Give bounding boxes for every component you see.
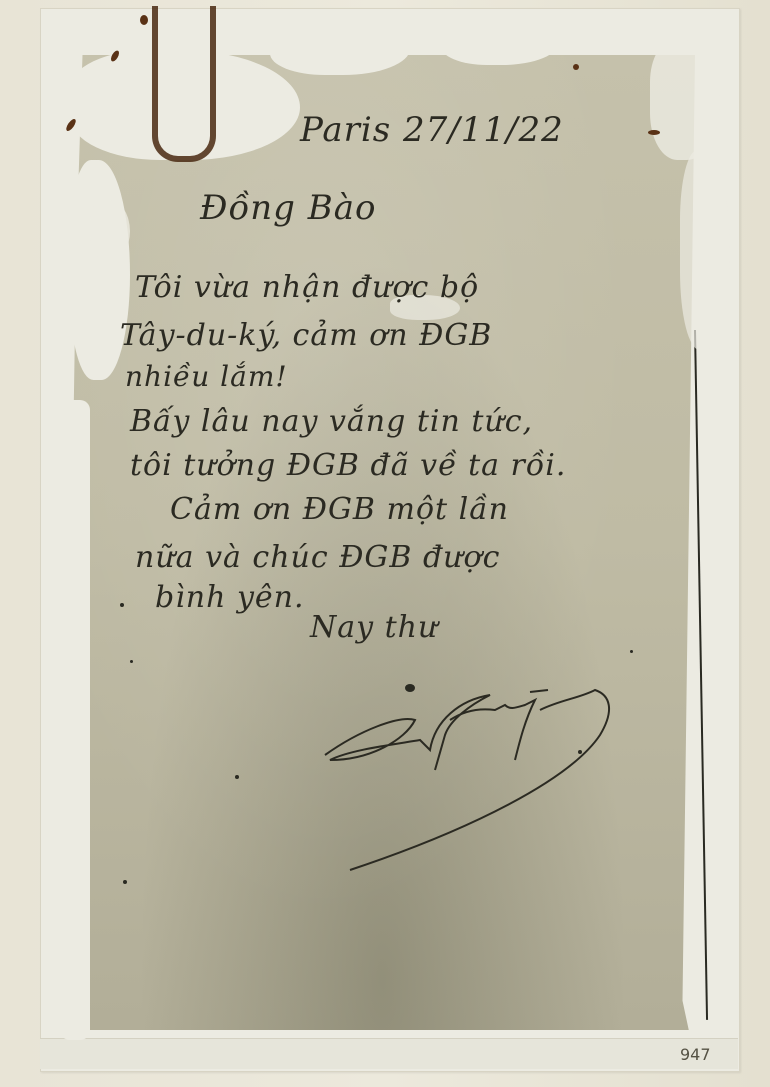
- body-line: Tôi vừa nhận được bộ: [135, 270, 479, 305]
- archive-number: 947: [680, 1045, 711, 1064]
- date-line: Paris 27/11/22: [300, 110, 564, 150]
- body-line: Tây-du-ký, cảm ơn ĐGB: [120, 318, 492, 353]
- body-line: Cảm ơn ĐGB một lần: [170, 492, 509, 527]
- body-line: Bấy lâu nay vắng tin tức,: [130, 404, 533, 439]
- body-line: nhiều lắm!: [125, 360, 288, 393]
- closing: Nay thư: [310, 610, 438, 645]
- letter-text: Paris 27/11/22 Đồng Bào Tôi vừa nhận đượ…: [0, 0, 770, 1087]
- body-line: bình yên.: [155, 580, 305, 615]
- body-line: nữa và chúc ĐGB được: [135, 540, 500, 575]
- body-line: tôi tưởng ĐGB đã về ta rồi.: [130, 448, 566, 483]
- signature: [320, 660, 620, 880]
- greeting: Đồng Bào: [200, 188, 376, 228]
